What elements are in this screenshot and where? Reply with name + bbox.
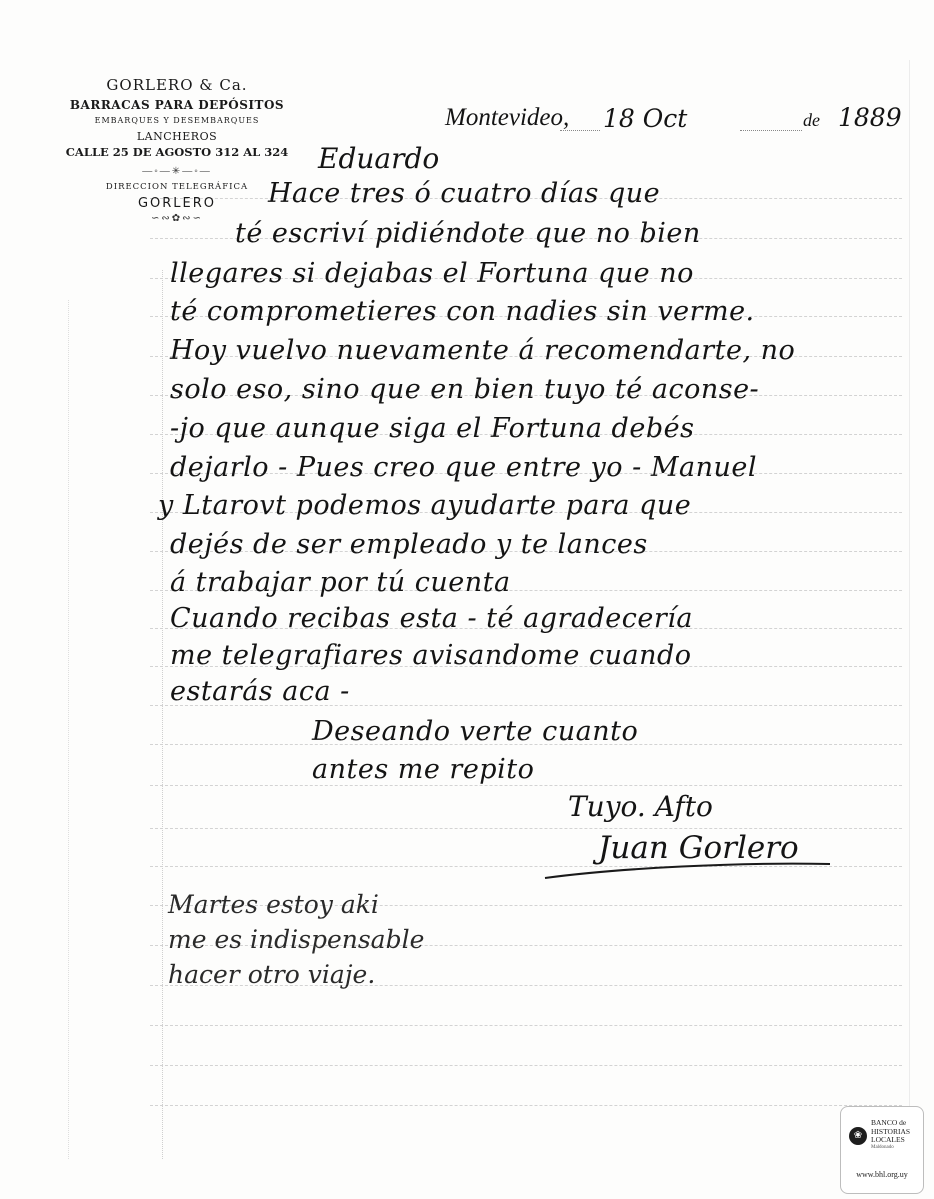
body-line: Hoy vuelvo nuevamente á recomendarte, no <box>170 335 795 366</box>
trade-line: LANCHEROS <box>62 131 292 142</box>
body-line: Hace tres ó cuatro días que <box>268 178 660 209</box>
archive-watermark: ❀ BANCO de HISTORIAS LOCALES Maldonado w… <box>840 1106 924 1194</box>
telegraph-label: DIRECCION TELEGRÁFICA <box>62 183 292 192</box>
closing-line: Deseando verte cuanto <box>312 716 638 747</box>
postscript-line: Martes estoy aki <box>168 890 379 919</box>
business-line: BARRACAS PARA DEPÓSITOS <box>62 99 292 111</box>
body-line: llegares si dejabas el Fortuna que no <box>170 258 694 289</box>
archive-url: www.bhl.org.uy <box>841 1170 923 1179</box>
ornament-divider-icon: —◦—✳—◦— <box>62 167 292 177</box>
body-line: Cuando recibas esta - té agradecería <box>170 603 693 634</box>
date-dotted-line <box>560 130 600 131</box>
body-line: dejés de ser empleado y te lances <box>170 529 648 560</box>
body-line: dejarlo - Pues creo que entre yo - Manue… <box>170 452 757 483</box>
closing-line: antes me repito <box>312 754 534 785</box>
body-line: té comprometieres con nadies sin verme. <box>170 296 755 327</box>
firm-name: GORLERO & Ca. <box>62 78 292 93</box>
body-line: á trabajar por tú cuenta <box>170 567 511 598</box>
body-line: me telegrafiares avisandome cuando <box>170 640 692 671</box>
telegraph-address: GORLERO <box>62 197 292 210</box>
tree-icon: ❀ <box>849 1127 867 1145</box>
postscript-line: me es indispensable <box>168 925 424 954</box>
signature-flourish-icon <box>540 856 840 886</box>
margin-line <box>162 270 163 1159</box>
date-place: Montevideo, <box>445 104 569 132</box>
services-line: EMBARQUES Y DESEMBARQUES <box>62 117 292 125</box>
body-line: y Ltarovt podemos ayudarte para que <box>158 490 691 521</box>
date-year: 1889 <box>838 103 902 132</box>
postscript-line: hacer otro viaje. <box>168 960 375 989</box>
fold-line <box>68 300 69 1159</box>
body-line: -jo que aunque siga el Fortuna debés <box>170 413 694 444</box>
page-edge <box>909 60 910 1139</box>
body-line: té escriví pidiéndote que no bien <box>235 218 701 249</box>
letter-page: GORLERO & Ca. BARRACAS PARA DEPÓSITOS EM… <box>0 0 934 1199</box>
date-day-month: 18 Oct <box>603 104 687 133</box>
address-line: CALLE 25 DE AGOSTO 312 AL 324 <box>62 147 292 159</box>
date-de: de <box>803 110 820 131</box>
archive-name: BANCO de HISTORIAS LOCALES Maldonado <box>871 1119 910 1151</box>
salutation: Eduardo <box>318 142 439 175</box>
body-line: estarás aca - <box>170 676 350 707</box>
date-dotted-line <box>740 130 802 131</box>
body-line: solo eso, sino que en bien tuyo té acons… <box>170 374 759 405</box>
letterhead: GORLERO & Ca. BARRACAS PARA DEPÓSITOS EM… <box>62 78 292 224</box>
valediction: Tuyo. Afto <box>568 790 713 823</box>
